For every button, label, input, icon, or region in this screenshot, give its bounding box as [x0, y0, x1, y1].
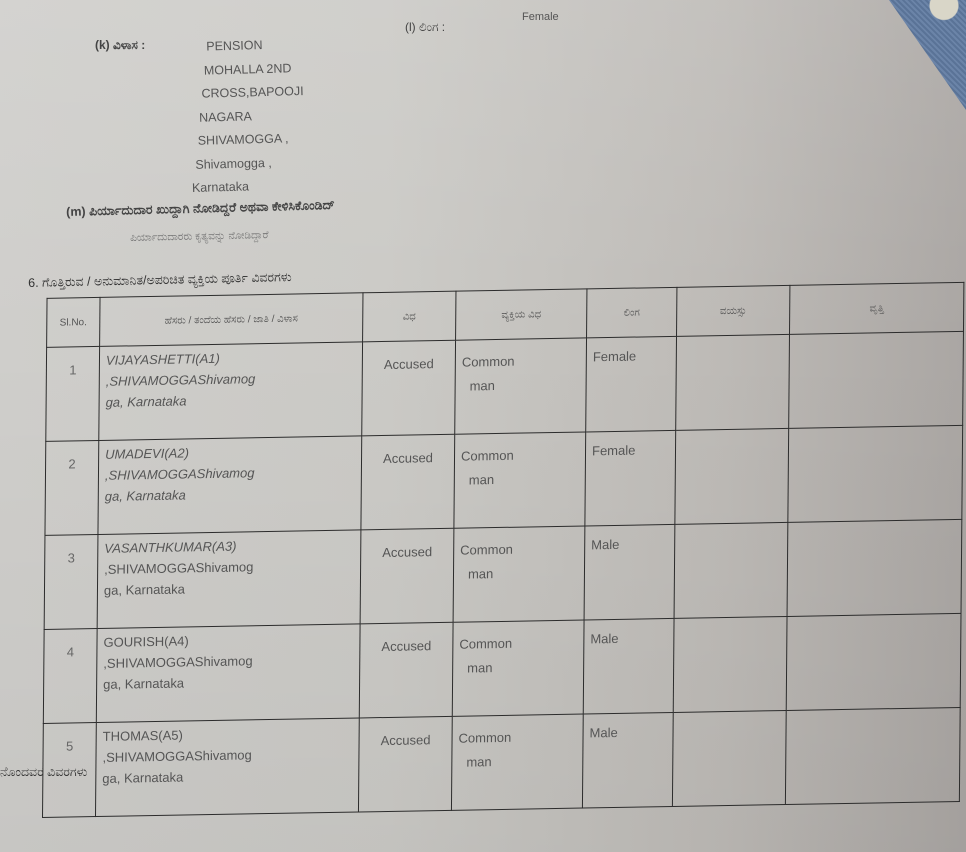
address-line: NAGARA [190, 103, 305, 129]
cell-type: Accused [361, 434, 455, 530]
person-address-2: ga, Karnataka [105, 481, 355, 506]
person-type-line-2: man [459, 655, 577, 681]
person-address-2: ga, Karnataka [106, 387, 356, 412]
cell-person-type: Commonman [452, 620, 584, 716]
table-row: 1VIJAYASHETTI(A1),SHIVAMOGGAShivamogga, … [46, 331, 964, 441]
address-line: Karnataka [192, 174, 307, 200]
person-type-line-2: man [460, 561, 578, 587]
cell-age [673, 616, 787, 712]
column-header-slno: Sl.No. [47, 297, 100, 347]
cell-slno: 3 [44, 534, 98, 629]
person-type-line-1: Common [460, 537, 578, 563]
person-type-line-1: Common [461, 443, 579, 469]
cell-name: GOURISH(A4),SHIVAMOGGAShivamogga, Karnat… [96, 624, 360, 723]
cell-gender: Male [582, 712, 673, 808]
cell-person-type: Commonman [451, 714, 583, 810]
cell-occupation [786, 613, 961, 710]
cell-gender: Male [583, 618, 674, 714]
cell-name: VASANTHKUMAR(A3),SHIVAMOGGAShivamogga, K… [97, 530, 361, 629]
column-header-name: ಹೆಸರು / ತಂದೆಯ ಹೆಸರು / ಜಾತಿ / ವಿಳಾಸ [100, 293, 363, 347]
table-row: 5THOMAS(A5),SHIVAMOGGAShivamogga, Karnat… [43, 707, 961, 817]
cell-name: UMADEVI(A2),SHIVAMOGGAShivamogga, Karnat… [98, 436, 362, 535]
cell-age [675, 428, 789, 524]
person-address-2: ga, Karnataka [103, 670, 353, 695]
cell-age [676, 334, 790, 430]
cell-type: Accused [360, 528, 454, 624]
cell-person-type: Commonman [455, 338, 587, 434]
person-address-2: ga, Karnataka [104, 576, 354, 601]
cell-occupation [785, 707, 960, 804]
cell-gender: Male [584, 524, 675, 620]
column-header-occupation: ವೃತ್ತಿ [789, 282, 963, 334]
address-label: (k) ವಿಳಾಸ : [95, 38, 145, 53]
address-line: PENSION [188, 33, 303, 59]
victim-details-title: ನೊಂದವರ ವಿವರಗಳು [0, 765, 87, 780]
person-type-line-1: Common [458, 725, 576, 751]
column-header-person-type: ವ್ಯಕ್ತಿಯ ವಿಧ [456, 289, 587, 340]
cell-type: Accused [362, 340, 456, 436]
cell-age [672, 710, 786, 806]
address-line: Shivamogga , [191, 150, 306, 176]
gender-label: (l) ಲಿಂಗ : [405, 20, 445, 35]
person-type-line-2: man [458, 749, 576, 775]
cell-gender: Female [585, 430, 676, 526]
column-header-age: ವಯಸ್ಸು [677, 285, 790, 336]
gender-value: Female [522, 11, 559, 23]
cell-occupation [787, 519, 962, 616]
persons-table: Sl.No. ಹೆಸರು / ತಂದೆಯ ಹೆಸರು / ಜಾತಿ / ವಿಳಾ… [42, 282, 964, 818]
address-line: CROSS,BAPOOJI [189, 80, 304, 106]
cell-name: VIJAYASHETTI(A1),SHIVAMOGGAShivamogga, K… [99, 342, 363, 441]
cell-person-type: Commonman [453, 526, 585, 622]
column-header-type: ವಿಧ [363, 291, 456, 342]
address-line: SHIVAMOGGA , [190, 127, 305, 153]
cell-person-type: Commonman [454, 432, 586, 528]
cell-occupation [789, 331, 964, 428]
person-address-2: ga, Karnataka [102, 764, 352, 789]
table-row: 2UMADEVI(A2),SHIVAMOGGAShivamogga, Karna… [45, 425, 963, 535]
table-row: 4GOURISH(A4),SHIVAMOGGAShivamogga, Karna… [43, 613, 961, 723]
column-header-gender: ಲಿಂಗ [587, 287, 677, 338]
cell-name: THOMAS(A5),SHIVAMOGGAShivamogga, Karnata… [95, 718, 359, 817]
person-type-line-2: man [461, 467, 579, 493]
address-block: PENSION MOHALLA 2ND CROSS,BAPOOJI NAGARA… [188, 33, 306, 200]
cell-age [674, 522, 788, 618]
cell-type: Accused [358, 716, 452, 812]
cell-slno: 4 [43, 629, 97, 724]
address-line: MOHALLA 2ND [189, 57, 304, 83]
table-row: 3VASANTHKUMAR(A3),SHIVAMOGGAShivamogga, … [44, 519, 962, 629]
cell-slno: 1 [46, 346, 100, 441]
cell-occupation [788, 425, 963, 522]
person-type-line-1: Common [459, 631, 577, 657]
cell-slno: 2 [45, 440, 99, 535]
person-type-line-2: man [462, 373, 580, 399]
person-type-line-1: Common [462, 349, 580, 375]
cell-gender: Female [586, 336, 677, 432]
cell-type: Accused [359, 622, 453, 718]
